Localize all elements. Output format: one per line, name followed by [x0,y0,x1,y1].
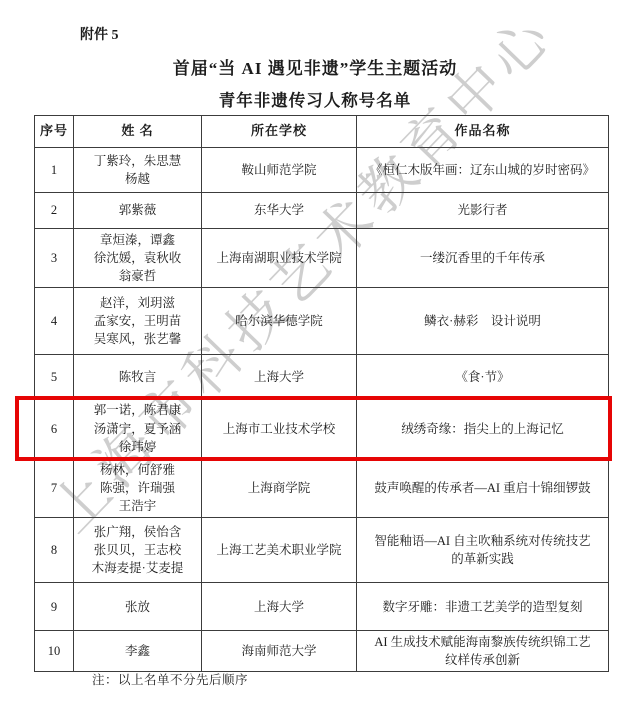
cell-no: 2 [35,193,74,229]
cell-school: 海南师范大学 [202,631,357,672]
cell-school: 东华大学 [202,193,357,229]
cell-school: 哈尔滨华德学院 [202,288,357,355]
table-header-row: 序号 姓 名 所在学校 作品名称 [35,116,609,148]
table-row: 8张广翔，侯怡含 张贝贝，王志校 木海麦提·艾麦提上海工艺美术职业学院智能釉语—… [35,518,609,583]
cell-no: 6 [35,399,74,458]
cell-names: 陈牧言 [74,355,202,399]
cell-names: 李鑫 [74,631,202,672]
table-row: 4赵洋，刘玥滋 孟家安，王明苗 吴寒风，张艺馨哈尔滨华德学院鳞衣·赫彩 设计说明 [35,288,609,355]
header-school: 所在学校 [202,116,357,148]
document-title-line1: 首届“当 AI 遇见非遗”学生主题活动 [0,54,630,79]
cell-no: 1 [35,148,74,193]
cell-school: 鞍山师范学院 [202,148,357,193]
cell-names: 张放 [74,583,202,631]
cell-school: 上海南湖职业技术学院 [202,229,357,288]
cell-school: 上海大学 [202,355,357,399]
cell-school: 上海商学院 [202,458,357,517]
header-work: 作品名称 [357,116,609,148]
cell-work: 《食·节》 [357,355,609,399]
cell-work: 光影行者 [357,193,609,229]
table-row: 7杨林，何舒雅 陈强，许瑞强 王浩宇上海商学院鼓声唤醒的传承者—AI 重启十锦细… [35,458,609,517]
cell-no: 7 [35,458,74,517]
cell-work: 鼓声唤醒的传承者—AI 重启十锦细锣鼓 [357,458,609,517]
table-row: 2郭紫薇东华大学光影行者 [35,193,609,229]
cell-work: AI 生成技术赋能海南黎族传统织锦工艺 纹样传承创新 [357,631,609,672]
cell-no: 10 [35,631,74,672]
cell-names: 章烜溱，谭鑫 徐沈媛，袁秋收 翁豪哲 [74,229,202,288]
cell-work: 数字牙雕：非遗工艺美学的造型复刻 [357,583,609,631]
attachment-label: 附件 5 [80,24,119,44]
header-no: 序号 [35,116,74,148]
footnote: 注：以上名单不分先后顺序 [92,670,248,688]
cell-no: 9 [35,583,74,631]
cell-names: 郭紫薇 [74,193,202,229]
cell-names: 郭一诺，陈君康 汤潇宁，夏予涵 徐玮婷 [74,399,202,458]
cell-work: 《桓仁木版年画：辽东山城的岁时密码》 [357,148,609,193]
document-title-line2: 青年非遗传习人称号名单 [0,87,630,111]
cell-names: 张广翔，侯怡含 张贝贝，王志校 木海麦提·艾麦提 [74,518,202,583]
table-row: 5陈牧言上海大学《食·节》 [35,355,609,399]
table-row: 6郭一诺，陈君康 汤潇宁，夏予涵 徐玮婷上海市工业技术学校绒绣奇缘：指尖上的上海… [35,399,609,458]
cell-school: 上海工艺美术职业学院 [202,518,357,583]
cell-work: 绒绣奇缘：指尖上的上海记忆 [357,399,609,458]
cell-school: 上海大学 [202,583,357,631]
table-row: 10李鑫海南师范大学AI 生成技术赋能海南黎族传统织锦工艺 纹样传承创新 [35,631,609,672]
cell-names: 杨林，何舒雅 陈强，许瑞强 王浩宇 [74,458,202,517]
cell-names: 赵洋，刘玥滋 孟家安，王明苗 吴寒风，张艺馨 [74,288,202,355]
table-row: 9张放上海大学数字牙雕：非遗工艺美学的造型复刻 [35,583,609,631]
cell-work: 鳞衣·赫彩 设计说明 [357,288,609,355]
table-row: 3章烜溱，谭鑫 徐沈媛，袁秋收 翁豪哲上海南湖职业技术学院一缕沉香里的千年传承 [35,229,609,288]
table-row: 1丁紫玲，朱思慧 杨越鞍山师范学院《桓仁木版年画：辽东山城的岁时密码》 [35,148,609,193]
header-names: 姓 名 [74,116,202,148]
cell-work: 智能釉语—AI 自主吹釉系统对传统技艺 的革新实践 [357,518,609,583]
cell-no: 4 [35,288,74,355]
cell-no: 3 [35,229,74,288]
cell-school: 上海市工业技术学校 [202,399,357,458]
cell-no: 5 [35,355,74,399]
cell-names: 丁紫玲，朱思慧 杨越 [74,148,202,193]
cell-work: 一缕沉香里的千年传承 [357,229,609,288]
cell-no: 8 [35,518,74,583]
roster-table: 序号 姓 名 所在学校 作品名称 1丁紫玲，朱思慧 杨越鞍山师范学院《桓仁木版年… [34,115,609,672]
